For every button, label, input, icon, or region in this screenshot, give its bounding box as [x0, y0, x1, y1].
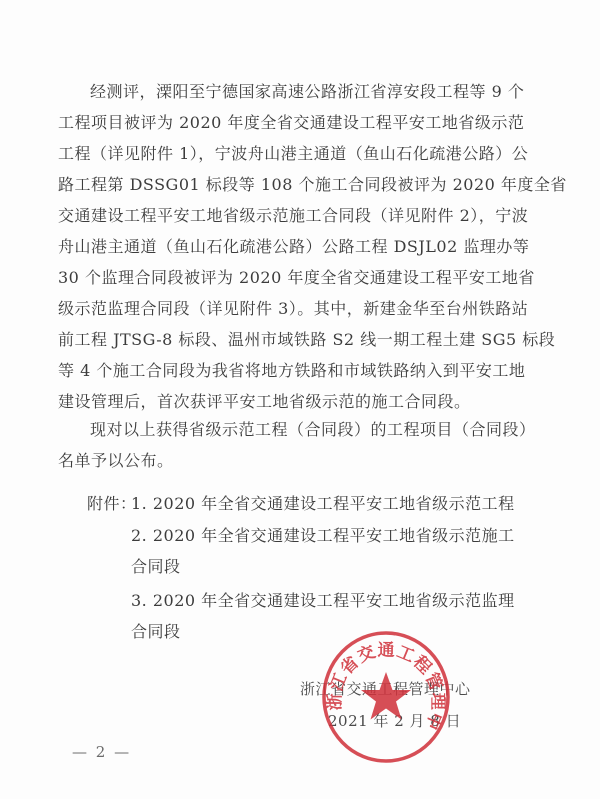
paragraph-1-line-2: 工程项目被评为 2020 年度全省交通建设工程平安工地省级示范	[58, 113, 456, 133]
page-number: — 2 —	[72, 743, 131, 761]
paragraph-2-line-2: 名单予以公布。	[58, 451, 174, 471]
attachment-2-line-1: 2. 2020 年全省交通建设工程平安工地省级示范施工	[131, 526, 457, 546]
paragraph-1-line-11: 建设管理后，首次获评平安工地省级示范的施工合同段。	[58, 392, 471, 412]
attachment-1-line-1: 1. 2020 年全省交通建设工程平安工地省级示范工程	[131, 494, 515, 514]
signature-date: 2021 年 2 月 8 日	[328, 711, 461, 731]
paragraph-1-line-9: 前工程 JTSG-8 标段、温州市域铁路 S2 线一期工程土建 SG5 标段	[58, 330, 456, 350]
attachment-3-line-1: 3. 2020 年全省交通建设工程平安工地省级示范监理	[131, 591, 457, 611]
paragraph-1-line-7: 30 个监理合同段被评为 2020 年度全省交通建设工程平安工地省	[58, 268, 456, 288]
paragraph-1-line-5: 交通建设工程平安工地省级示范施工合同段（详见附件 2），宁波	[58, 206, 456, 226]
paragraph-1-line-4: 路工程第 DSSG01 标段等 108 个施工合同段被评为 2020 年度全省	[58, 175, 456, 195]
attachment-2-line-2: 合同段	[131, 557, 181, 577]
paragraph-1-line-8: 级示范监理合同段（详见附件 3）。其中，新建金华至台州铁路站	[58, 299, 456, 319]
paragraph-1-line-6: 舟山港主通道（鱼山石化疏港公路）公路工程 DSJL02 监理办等	[58, 237, 456, 257]
paragraph-1-line-1: 经测评，溧阳至宁德国家高速公路浙江省淳安段工程等 9 个	[90, 82, 456, 102]
attachment-3-line-2: 合同段	[131, 622, 181, 642]
paragraph-2-line-1: 现对以上获得省级示范工程（合同段）的工程项目（合同段）	[90, 420, 456, 440]
paragraph-1-line-10: 等 4 个施工合同段为我省将地方铁路和市域铁路纳入到平安工地	[58, 361, 456, 381]
signature-organization: 浙江省交通工程管理中心	[300, 679, 471, 699]
document-page: 经测评，溧阳至宁德国家高速公路浙江省淳安段工程等 9 个 工程项目被评为 202…	[0, 0, 600, 799]
paragraph-1-line-3: 工程（详见附件 1），宁波舟山港主通道（鱼山石化疏港公路）公	[58, 144, 456, 164]
attachments-label: 附件：	[87, 494, 137, 514]
